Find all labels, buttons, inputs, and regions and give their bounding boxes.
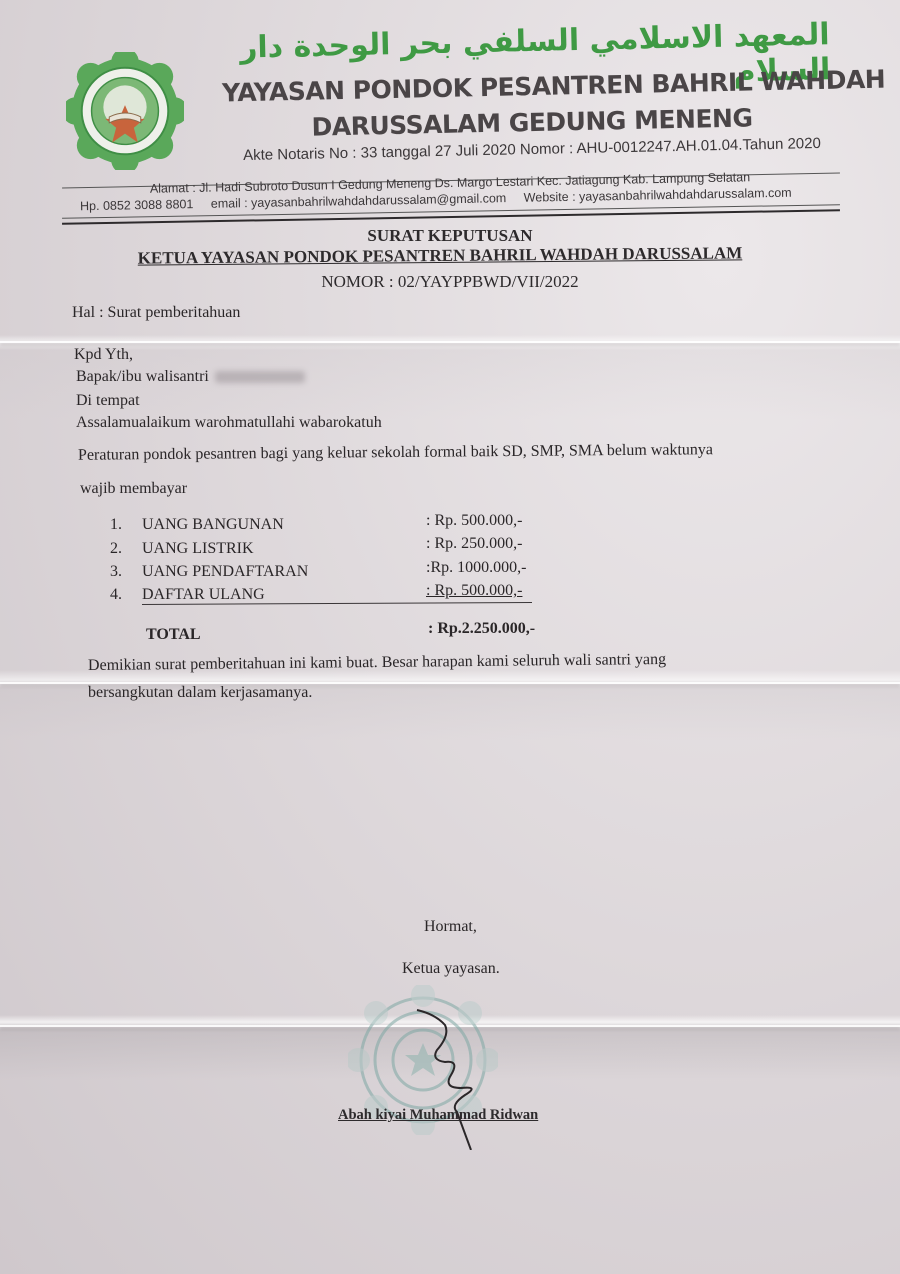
fee-row: 2.UANG LISTRIK (110, 540, 254, 558)
signer-position: Ketua yayasan. (402, 960, 500, 978)
fee-amount: : Rp. 500.000,- (426, 582, 522, 600)
fee-row: 4.DAFTAR ULANG (110, 586, 265, 604)
paper-fold (0, 341, 900, 343)
to-line: Kpd Yth, (74, 346, 133, 364)
recipient-label: Bapak/ibu walisantri (76, 368, 209, 385)
redacted-name (215, 371, 305, 383)
closing-line2: bersangkutan dalam kerjasamanya. (88, 684, 312, 702)
fee-row: 3.UANG PENDAFTARAN (110, 563, 308, 581)
document-subtitle-text: KETUA YAYASAN PONDOK PESANTREN BAHRIL WA… (138, 243, 743, 267)
recipient: Bapak/ibu walisantri (76, 368, 305, 386)
place: Di tempat (76, 392, 140, 410)
regards: Hormat, (424, 918, 477, 936)
phone: Hp. 0852 3088 8801 (80, 197, 194, 213)
handwritten-signature-icon (405, 1000, 515, 1150)
subject: Hal : Surat pemberitahuan (72, 304, 240, 322)
greeting: Assalamualaikum warohmatullahi wabarokat… (76, 414, 382, 432)
fee-amount: : Rp. 250.000,- (426, 535, 522, 553)
total-amount: : Rp.2.250.000,- (428, 620, 535, 638)
signer-name: Abah kiyai Muhammad Ridwan (338, 1107, 538, 1124)
fee-amount: :Rp. 1000.000,- (426, 559, 526, 577)
document-number: NOMOR : 02/YAYPPBWD/VII/2022 (220, 272, 680, 292)
fee-amount: : Rp. 500.000,- (426, 512, 522, 530)
document-title: SURAT KEPUTUSAN (260, 226, 640, 246)
foundation-logo-icon (66, 52, 184, 170)
total-label: TOTAL (146, 626, 201, 644)
intro-line2: wajib membayar (80, 480, 187, 498)
fee-row: 1.UANG BANGUNAN (110, 516, 284, 534)
